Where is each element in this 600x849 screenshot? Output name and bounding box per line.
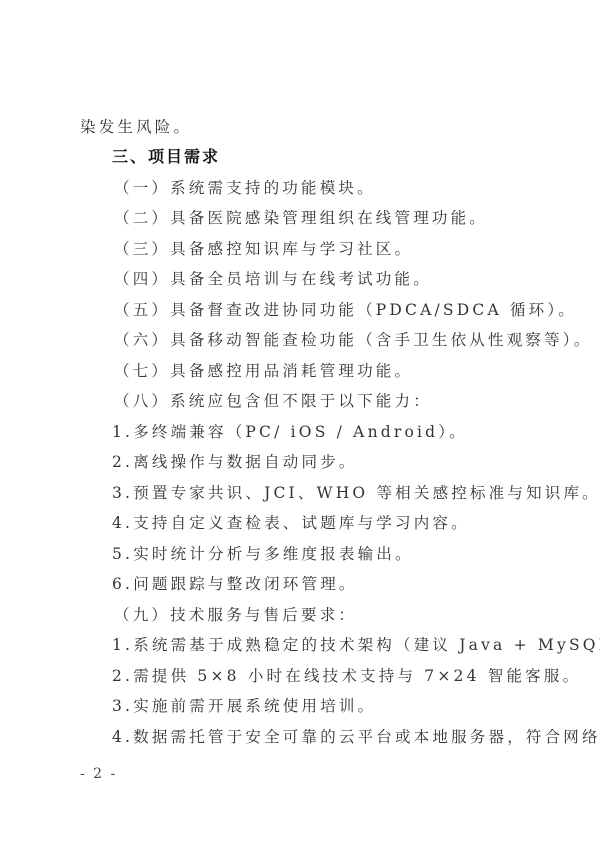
capability-item-4: 4.支持自定义查检表、试题库与学习内容。: [112, 513, 470, 533]
service-item-4: 4.数据需托管于安全可靠的云平台或本地服务器，符合网络: [112, 727, 600, 747]
service-item-2: 2.需提供 5×8 小时在线技术支持与 7×24 智能客服。: [112, 666, 581, 686]
requirement-item-3: （三）具备感控知识库与学习社区。: [114, 239, 413, 259]
service-heading: （九）技术服务与售后要求：: [114, 605, 357, 625]
requirement-item-2: （二）具备医院感染管理组织在线管理功能。: [114, 208, 488, 228]
document-page: 染发生风险。 三、项目需求 （一）系统需支持的功能模块。 （二）具备医院感染管理…: [0, 0, 600, 849]
service-item-3: 3.实施前需开展系统使用培训。: [112, 696, 376, 716]
requirement-item-4: （四）具备全员培训与在线考试功能。: [114, 269, 432, 289]
capability-item-5: 5.实时统计分析与多维度报表输出。: [112, 544, 414, 564]
capability-item-6: 6.问题跟踪与整改闭环管理。: [112, 574, 358, 594]
requirement-item-5: （五）具备督查改进协同功能（PDCA/SDCA 循环）。: [114, 300, 577, 320]
continuation-text: 染发生风险。: [80, 117, 192, 137]
capability-item-3: 3.预置专家共识、JCI、WHO 等相关感控标准与知识库。: [112, 483, 600, 503]
capability-item-2: 2.离线操作与数据自动同步。: [112, 452, 358, 472]
service-item-1: 1.系统需基于成熟稳定的技术架构（建议 Java + MySQL）。: [112, 635, 600, 655]
requirement-item-1: （一）系统需支持的功能模块。: [114, 178, 376, 198]
requirement-item-6: （六）具备移动智能查检功能（含手卫生依从性观察等）。: [114, 330, 592, 350]
section-heading: 三、项目需求: [112, 147, 220, 167]
requirement-item-7: （七）具备感控用品消耗管理功能。: [114, 361, 413, 381]
capability-item-1: 1.多终端兼容（PC/ iOS / Android）。: [112, 422, 468, 442]
requirement-item-8: （八）系统应包含但不限于以下能力：: [114, 391, 432, 411]
page-number: - 2 -: [80, 766, 117, 782]
